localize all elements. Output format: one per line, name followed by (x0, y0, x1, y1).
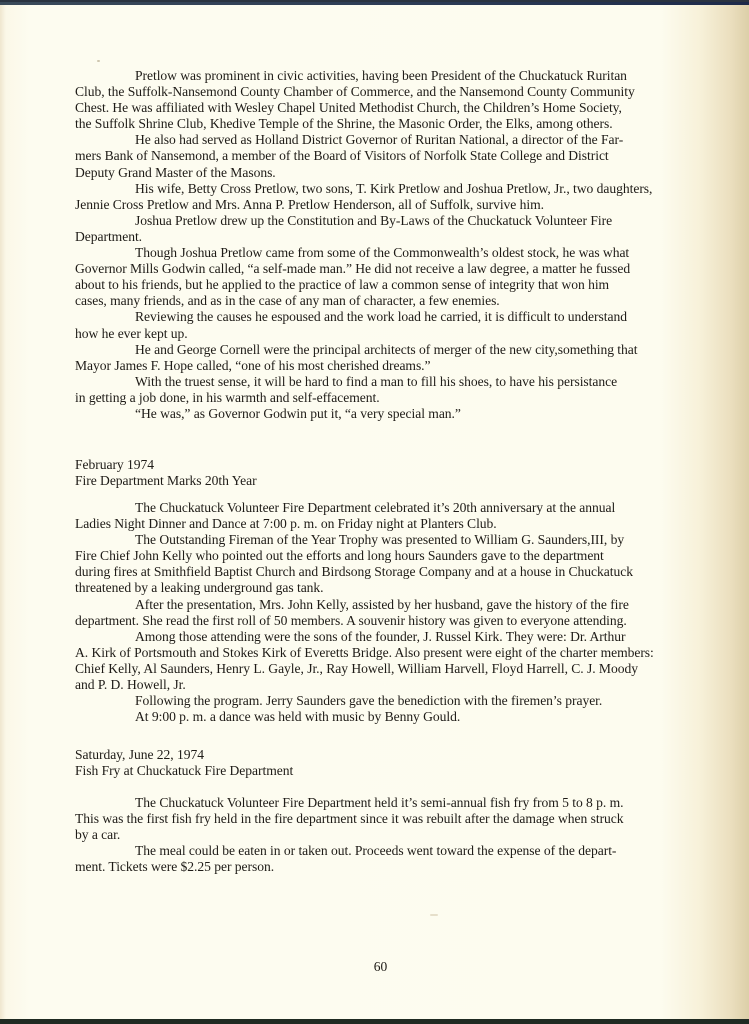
text-line: At 9:00 p. m. a dance was held with musi… (75, 709, 717, 725)
text-line: The Chuckatuck Volunteer Fire Department… (75, 795, 717, 811)
dust-speck (430, 914, 438, 916)
paragraph: Pretlow was prominent in civic activitie… (75, 68, 717, 132)
text-line: He and George Cornell were the principal… (75, 342, 717, 358)
text-line: Pretlow was prominent in civic activitie… (75, 68, 717, 84)
dust-speck (97, 60, 100, 62)
paragraph: He and George Cornell were the principal… (75, 342, 717, 374)
paragraph: Though Joshua Pretlow came from some of … (75, 245, 717, 309)
text-line: how he ever kept up. (75, 326, 717, 342)
paragraph: His wife, Betty Cross Pretlow, two sons,… (75, 181, 717, 213)
text-line: “He was,” as Governor Godwin put it, “a … (75, 406, 717, 422)
text-line: Among those attending were the sons of t… (75, 629, 717, 645)
page-number: 60 (0, 959, 749, 975)
paragraph: Joshua Pretlow drew up the Constitution … (75, 213, 717, 245)
text-line: He also had served as Holland District G… (75, 132, 717, 148)
paragraph: The meal could be eaten in or taken out.… (75, 843, 717, 875)
text-line: Chief Kelly, Al Saunders, Henry L. Gayle… (75, 661, 717, 677)
text-line: and P. D. Howell, Jr. (75, 677, 717, 693)
text-line: the Suffolk Shrine Club, Khedive Temple … (75, 116, 717, 132)
scan-bottom-edge (0, 1019, 749, 1024)
section-date: February 1974 (75, 457, 717, 473)
section-title: Fish Fry at Chuckatuck Fire Department (75, 763, 717, 779)
section-heading-fire-department-20th: February 1974 Fire Department Marks 20th… (75, 457, 717, 489)
paragraph: The Chuckatuck Volunteer Fire Department… (75, 795, 717, 843)
text-line: Joshua Pretlow drew up the Constitution … (75, 213, 717, 229)
section-title: Fire Department Marks 20th Year (75, 473, 717, 489)
text-line: Though Joshua Pretlow came from some of … (75, 245, 717, 261)
obituary-text: Pretlow was prominent in civic activitie… (75, 68, 717, 422)
text-line: Fire Chief John Kelly who pointed out th… (75, 548, 717, 564)
text-line: The Outstanding Fireman of the Year Trop… (75, 532, 717, 548)
text-line: Ladies Night Dinner and Dance at 7:00 p.… (75, 516, 717, 532)
text-line: about to his friends, but he applied to … (75, 277, 717, 293)
text-line: The meal could be eaten in or taken out.… (75, 843, 717, 859)
text-line: The Chuckatuck Volunteer Fire Department… (75, 500, 717, 516)
text-line: Reviewing the causes he espoused and the… (75, 309, 717, 325)
text-line: during fires at Smithfield Baptist Churc… (75, 564, 717, 580)
text-line: After the presentation, Mrs. John Kelly,… (75, 597, 717, 613)
text-line: Chest. He was affiliated with Wesley Cha… (75, 100, 717, 116)
text-line: department. She read the first roll of 5… (75, 613, 717, 629)
text-line: mers Bank of Nansemond, a member of the … (75, 148, 717, 164)
text-line: His wife, Betty Cross Pretlow, two sons,… (75, 181, 717, 197)
text-line: A. Kirk of Portsmouth and Stokes Kirk of… (75, 645, 717, 661)
paragraph: With the truest sense, it will be hard t… (75, 374, 717, 406)
scan-top-edge (0, 2, 749, 5)
section-date: Saturday, June 22, 1974 (75, 747, 717, 763)
paragraph: The Outstanding Fireman of the Year Trop… (75, 532, 717, 596)
paragraph: Reviewing the causes he espoused and the… (75, 309, 717, 341)
text-line: Following the program. Jerry Saunders ga… (75, 693, 717, 709)
text-line: This was the first fish fry held in the … (75, 811, 717, 827)
text-line: With the truest sense, it will be hard t… (75, 374, 717, 390)
text-line: Governor Mills Godwin called, “a self-ma… (75, 261, 717, 277)
text-line: threatened by a leaking underground gas … (75, 580, 717, 596)
text-line: Deputy Grand Master of the Masons. (75, 165, 717, 181)
scanned-page: Pretlow was prominent in civic activitie… (0, 2, 749, 1019)
paragraph: At 9:00 p. m. a dance was held with musi… (75, 709, 717, 725)
paragraph: “He was,” as Governor Godwin put it, “a … (75, 406, 717, 422)
section-body-fire-department-20th: The Chuckatuck Volunteer Fire Department… (75, 500, 717, 725)
text-line: Jennie Cross Pretlow and Mrs. Anna P. Pr… (75, 197, 717, 213)
paragraph: He also had served as Holland District G… (75, 132, 717, 180)
text-line: ment. Tickets were $2.25 per person. (75, 859, 717, 875)
section-heading-fish-fry: Saturday, June 22, 1974 Fish Fry at Chuc… (75, 747, 717, 779)
text-line: by a car. (75, 827, 717, 843)
section-body-fish-fry: The Chuckatuck Volunteer Fire Department… (75, 795, 717, 875)
paragraph: Among those attending were the sons of t… (75, 629, 717, 693)
paragraph: After the presentation, Mrs. John Kelly,… (75, 597, 717, 629)
text-line: Mayor James F. Hope called, “one of his … (75, 358, 717, 374)
text-line: Department. (75, 229, 717, 245)
text-line: cases, many friends, and as in the case … (75, 293, 717, 309)
paragraph: The Chuckatuck Volunteer Fire Department… (75, 500, 717, 532)
text-line: Club, the Suffolk-Nansemond County Chamb… (75, 84, 717, 100)
text-line: in getting a job done, in his warmth and… (75, 390, 717, 406)
paragraph: Following the program. Jerry Saunders ga… (75, 693, 717, 709)
